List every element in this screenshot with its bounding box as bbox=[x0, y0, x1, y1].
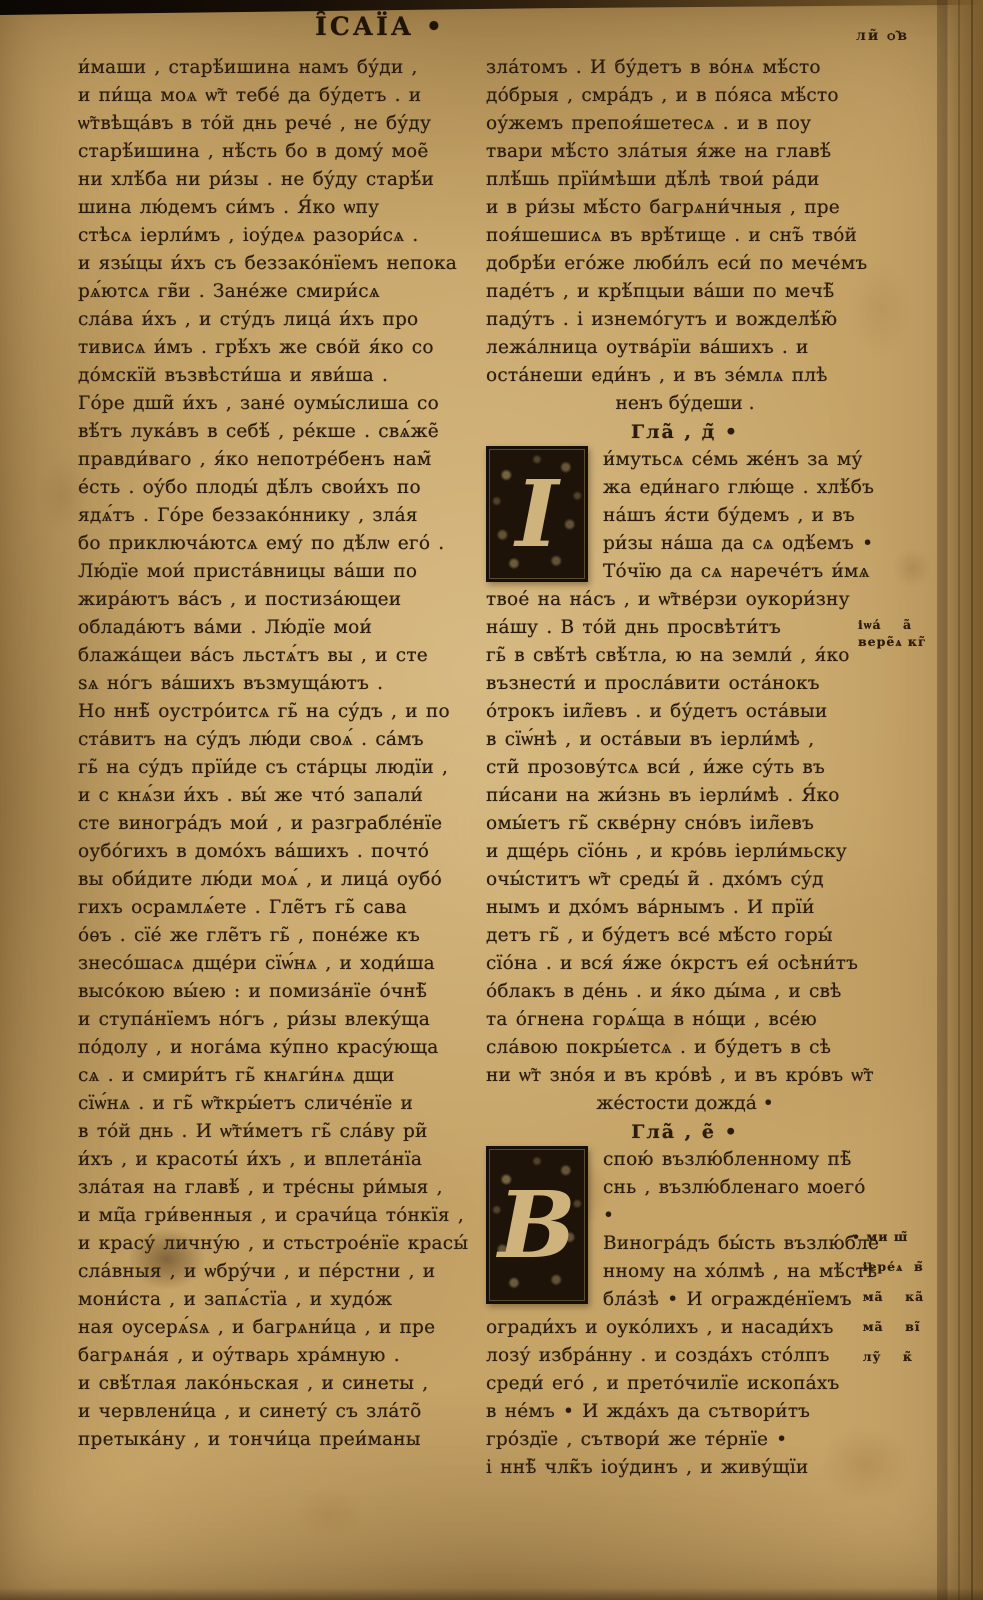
margin-spot bbox=[884, 540, 940, 596]
chapter-5-heading: Гла̃ , е̃ • bbox=[486, 1118, 884, 1146]
left-column-text: и́маши , старѣ́ишина намъ бу́ди , и пи́щ… bbox=[78, 54, 478, 1454]
chapter-4-beside-lines: и́мутьсѧ се́мь же́нъ за му́ жа еди́наго … bbox=[603, 446, 884, 586]
right-column: зла́томъ . И бу́детъ в во́нѧ мѣ́сто до́б… bbox=[486, 54, 884, 1482]
chapter-5-text: огради́хъ и оуко́лихъ , и насади́хъ лозу… bbox=[486, 1314, 884, 1482]
folio-number: ли̃ ѻ̃в bbox=[856, 28, 909, 45]
chapter-5-beside-lines: спою́ възлю́бленному пѣ̃ снь , възлю́бле… bbox=[603, 1146, 884, 1314]
margin-note-references-2: • ми ш̃ іере́ѧ в̃ ма̃ ка̃ ма̃ вı̃ лу̃ к̃ bbox=[852, 1222, 924, 1372]
chapter-4-decorative-initial: І bbox=[486, 446, 588, 582]
chapter-5-decorative-initial: В bbox=[486, 1146, 588, 1304]
bottom-stain bbox=[280, 1478, 380, 1550]
running-title: І̑САЇА • bbox=[315, 12, 445, 41]
margin-note-references-1: іѡа́ а̃ вере̃ѧ кг̃ bbox=[858, 616, 927, 650]
chapter-4-opening: І и́мутьсѧ се́мь же́нъ за му́ жа еди́наг… bbox=[486, 446, 884, 586]
chapter-4-heading: Гла̃ , д̃ • bbox=[486, 418, 884, 446]
right-column-part1-end: ненъ бу́деши . bbox=[486, 390, 884, 418]
page-fore-edge bbox=[937, 0, 983, 1600]
page-header: І̑САЇА • bbox=[0, 12, 760, 41]
chapter-4-end: же́стости дожда́ • bbox=[486, 1090, 884, 1118]
right-column-part1: зла́томъ . И бу́детъ в во́нѧ мѣ́сто до́б… bbox=[486, 54, 884, 390]
page-bottom-edge bbox=[0, 1588, 983, 1600]
chapter-4-text: твое́ на на́съ , и ѡ̃тве́рзи оукори́зну … bbox=[486, 586, 884, 1090]
chapter-5-opening: В спою́ възлю́бленному пѣ̃ снь , възлю́б… bbox=[486, 1146, 884, 1314]
manuscript-page: І̑САЇА • ли̃ ѻ̃в и́маши , старѣ́ишина на… bbox=[0, 0, 983, 1600]
